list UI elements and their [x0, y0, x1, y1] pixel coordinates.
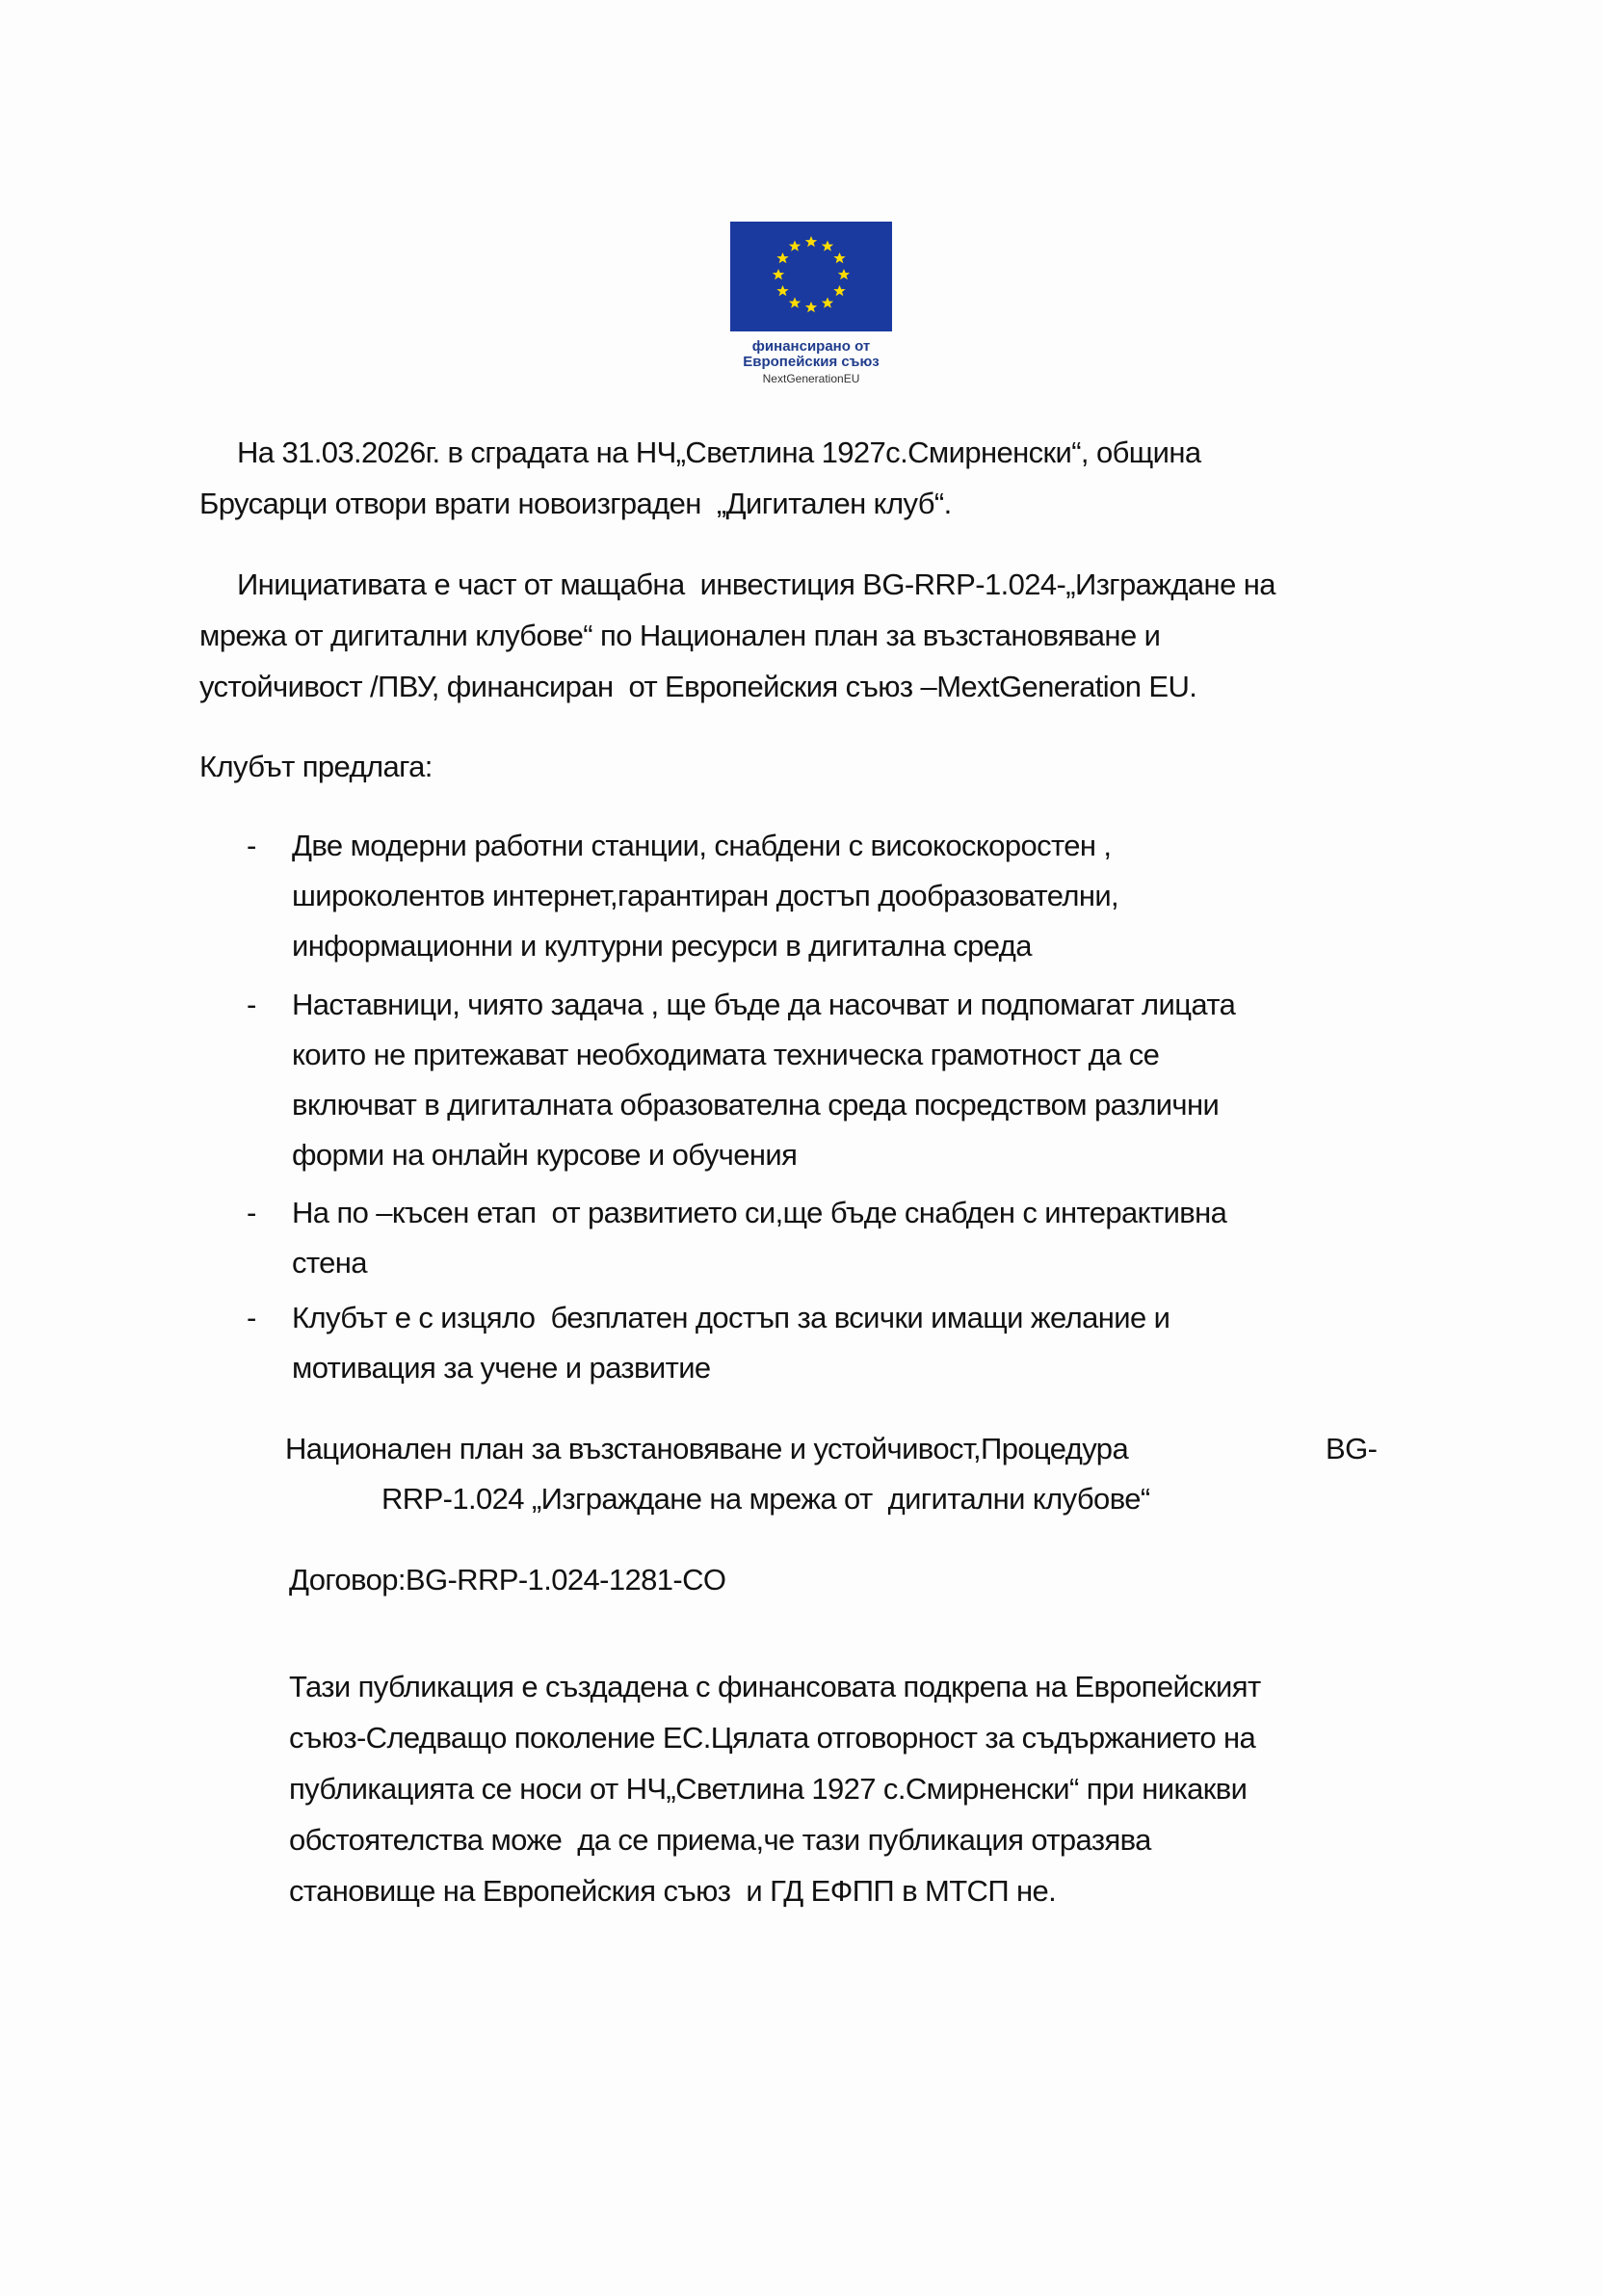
procedure-line: Национален план за възстановяване и усто…: [285, 1424, 1128, 1474]
bullet-dash-icon: -: [247, 821, 256, 871]
logo-eu-name: Европейския съюз: [730, 355, 892, 370]
list-item-line: които не притежават необходимата техниче…: [292, 1030, 1159, 1080]
contract-number: Договор:BG-RRP-1.024-1281-CO: [289, 1555, 725, 1605]
logo-funded-by: финансирано от: [730, 339, 892, 355]
disclaimer-line: обстоятелства може да се приема,че тази …: [289, 1815, 1151, 1865]
list-item-line: стена: [292, 1238, 367, 1288]
procedure-line: RRP-1.024 „Изграждане на мрежа от дигита…: [381, 1474, 1150, 1524]
list-item-line: информационни и културни ресурси в дигит…: [292, 921, 1032, 971]
list-item-line: На по –късен етап от развитието си,ще бъ…: [292, 1188, 1226, 1238]
list-item-line: Две модерни работни станции, снабдени с …: [292, 821, 1111, 871]
list-item-line: мотивация за учене и развитие: [292, 1343, 711, 1393]
disclaimer-line: публикацията се носи от НЧ„Светлина 1927…: [289, 1764, 1247, 1814]
list-item-line: Клубът е с изцяло безплатен достъп за вс…: [292, 1293, 1169, 1343]
disclaimer-line: съюз-Следващо поколение ЕС.Цялата отгово…: [289, 1713, 1255, 1763]
offers-heading: Клубът предлага:: [199, 742, 433, 792]
initiative-line: устойчивост /ПВУ, финансиран от Европейс…: [199, 662, 1196, 712]
bullet-dash-icon: -: [247, 980, 256, 1030]
disclaimer-line: становище на Европейския съюз и ГД ЕФПП …: [289, 1866, 1056, 1916]
procedure-line-end: BG-: [1326, 1424, 1377, 1474]
list-item-line: Наставници, чиято задача , ще бъде да на…: [292, 980, 1235, 1030]
eu-flag-icon: [730, 222, 892, 331]
list-item-line: включват в дигиталната образователна сре…: [292, 1080, 1219, 1130]
document-page: финансирано от Европейския съюз NextGene…: [0, 0, 1603, 2296]
intro-line: На 31.03.2026г. в сградата на НЧ„Светлин…: [237, 428, 1201, 478]
initiative-line: Инициативата е част от мащабна инвестици…: [237, 560, 1275, 610]
initiative-line: мрежа от дигитални клубове“ по Национале…: [199, 611, 1160, 661]
bullet-dash-icon: -: [247, 1188, 256, 1238]
logo-nextgen: NextGenerationEU: [730, 372, 892, 385]
eu-funding-logo: финансирано от Европейския съюз NextGene…: [730, 222, 892, 385]
bullet-dash-icon: -: [247, 1293, 256, 1343]
list-item-line: широколентов интернет,гарантиран достъп …: [292, 871, 1118, 921]
intro-line: Брусарци отвори врати новоизграден „Диги…: [199, 479, 952, 529]
disclaimer-line: Тази публикация е създадена с финансоват…: [289, 1662, 1261, 1712]
list-item-line: форми на онлайн курсове и обучения: [292, 1130, 797, 1180]
